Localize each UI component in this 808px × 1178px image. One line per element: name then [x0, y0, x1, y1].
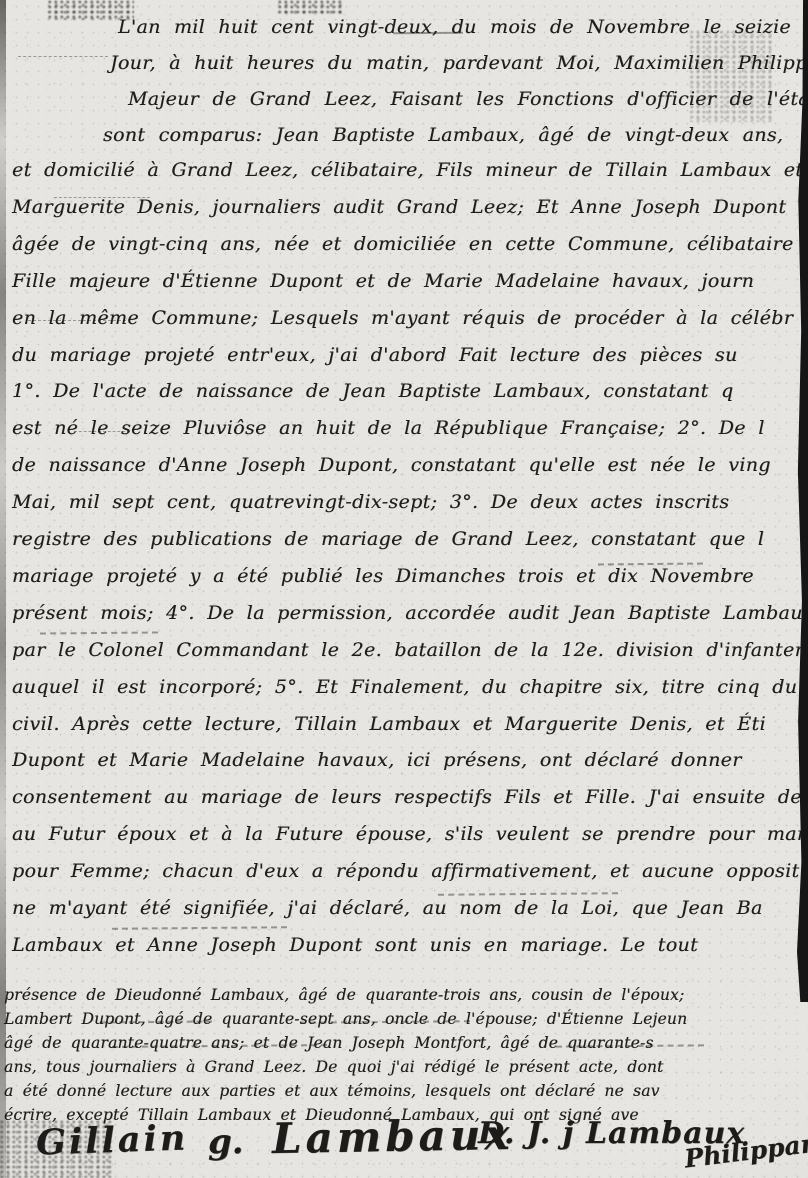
manuscript-line-19: auquel il est incorporé; 5°. Et Finaleme…	[12, 676, 808, 698]
manuscript-line-11: 1°. De l'acte de naissance de Jean Bapti…	[12, 380, 734, 402]
manuscript-line-31: a été donné lecture aux parties et aux t…	[4, 1082, 660, 1100]
manuscript-line-24: pour Femme; chacun d'eux a répondu affir…	[12, 860, 800, 882]
manuscript-line-22: consentement au mariage de leurs respect…	[12, 786, 808, 808]
manuscript-line-9: en la même Commune; Lesquels m'ayant réq…	[12, 307, 793, 329]
manuscript-line-28: Lambert Dupont, âgé de quarante-sept ans…	[4, 1010, 687, 1028]
scan-left-edge-artifact	[0, 0, 6, 1178]
strike-mark	[112, 926, 287, 930]
manuscript-line-16: mariage projeté y a été publié les Diman…	[12, 565, 754, 587]
manuscript-line-27: présence de Dieudonné Lambaux, âgé de qu…	[4, 986, 684, 1004]
manuscript-line-7: âgée de vingt-cinq ans, née et domicilié…	[12, 233, 794, 255]
manuscript-line-25: ne m'ayant été signifiée, j'ai déclaré, …	[12, 897, 763, 919]
manuscript-line-26: Lambaux et Anne Joseph Dupont sont unis …	[12, 934, 698, 956]
manuscript-line-23: au Futur époux et à la Future épouse, s'…	[12, 823, 808, 845]
strike-mark	[438, 892, 618, 896]
margin-rule	[18, 56, 108, 57]
manuscript-line-29: âgé de quarante-quatre ans; et de Jean J…	[4, 1034, 654, 1052]
scan-right-edge-artifact	[797, 0, 808, 1002]
manuscript-line-13: de naissance d'Anne Joseph Dupont, const…	[12, 454, 771, 476]
manuscript-line-17: présent mois; 4°. De la permission, acco…	[12, 602, 808, 624]
manuscript-line-15: registre des publications de mariage de …	[12, 528, 764, 550]
signature-gillain: Gillain	[35, 1117, 189, 1163]
manuscript-line-3: Majeur de Grand Leez, Faisant les Foncti…	[128, 88, 808, 110]
manuscript-line-21: Dupont et Marie Madelaine havaux, ici pr…	[12, 749, 742, 771]
manuscript-line-5: et domicilié à Grand Leez, célibataire, …	[12, 159, 803, 181]
manuscript-line-10: du mariage projeté entr'eux, j'ai d'abor…	[12, 344, 738, 366]
manuscript-line-14: Mai, mil sept cent, quatrevingt-dix-sept…	[12, 491, 729, 513]
manuscript-line-12: est né le seize Pluviôse an huit de la R…	[12, 417, 765, 439]
signature-g-initial: g.	[208, 1122, 244, 1162]
strike-mark	[40, 631, 158, 634]
manuscript-page: L'an mil huit cent vingt-deux, du mois d…	[0, 0, 808, 1178]
manuscript-line-2: Jour, à huit heures du matin, pardevant …	[110, 52, 808, 74]
manuscript-line-1: L'an mil huit cent vingt-deux, du mois d…	[118, 16, 791, 38]
manuscript-line-8: Fille majeure d'Étienne Dupont et de Mar…	[12, 270, 754, 292]
manuscript-line-4: sont comparus: Jean Baptiste Lambaux, âg…	[103, 124, 783, 146]
manuscript-line-6: Marguerite Denis, journaliers audit Gran…	[12, 196, 786, 218]
manuscript-line-18: par le Colonel Commandant le 2e. bataill…	[12, 639, 808, 661]
manuscript-line-20: civil. Après cette lecture, Tillain Lamb…	[12, 713, 766, 735]
manuscript-line-30: ans, tous journaliers à Grand Leez. De q…	[4, 1058, 663, 1076]
scan-smudge	[278, 0, 342, 14]
